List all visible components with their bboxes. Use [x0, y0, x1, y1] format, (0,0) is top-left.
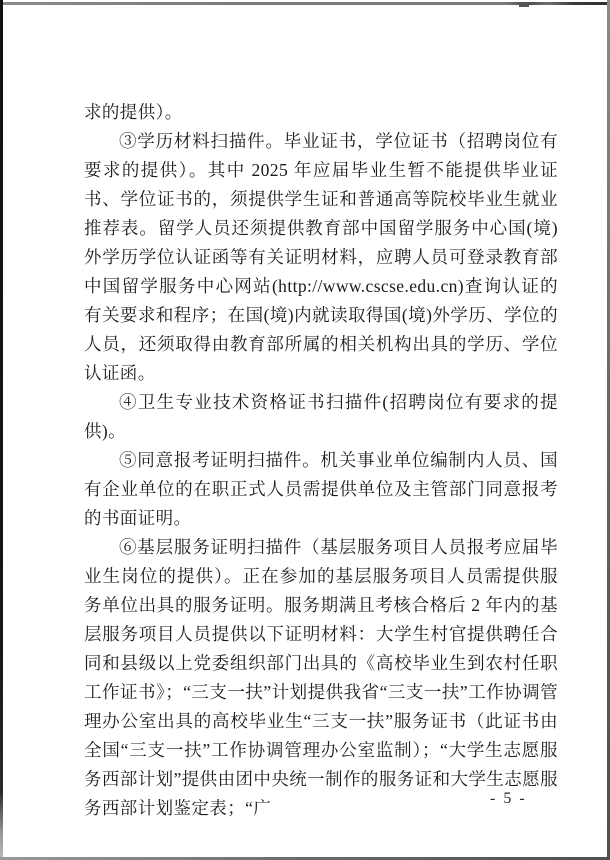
document-body: 求的提供）。 ③学历材料扫描件。毕业证书，学位证书（招聘岗位有要求的提供）。其中… — [84, 98, 558, 823]
paragraph-item-3-education-materials: ③学历材料扫描件。毕业证书，学位证书（招聘岗位有要求的提供）。其中 2025 年… — [84, 127, 558, 388]
paragraph-item-6-grassroots-service-proof: ⑥基层服务证明扫描件（基层服务项目人员报考应届毕业生岗位的提供）。正在参加的基层… — [84, 533, 558, 823]
paragraph-item-4-health-certificate: ④卫生专业技术资格证书扫描件(招聘岗位有要求的提供)。 — [84, 388, 558, 446]
paragraph-item-5-consent-proof: ⑤同意报考证明扫描件。机关事业单位编制内人员、国有企业单位的在职正式人员需提供单… — [84, 446, 558, 533]
paragraph-continuation: 求的提供）。 — [84, 98, 558, 127]
scan-edge-left — [0, 0, 3, 860]
document-page: 求的提供）。 ③学历材料扫描件。毕业证书，学位证书（招聘岗位有要求的提供）。其中… — [0, 0, 610, 860]
page-number: - 5 - — [490, 790, 527, 808]
scan-speck — [519, 2, 529, 7]
